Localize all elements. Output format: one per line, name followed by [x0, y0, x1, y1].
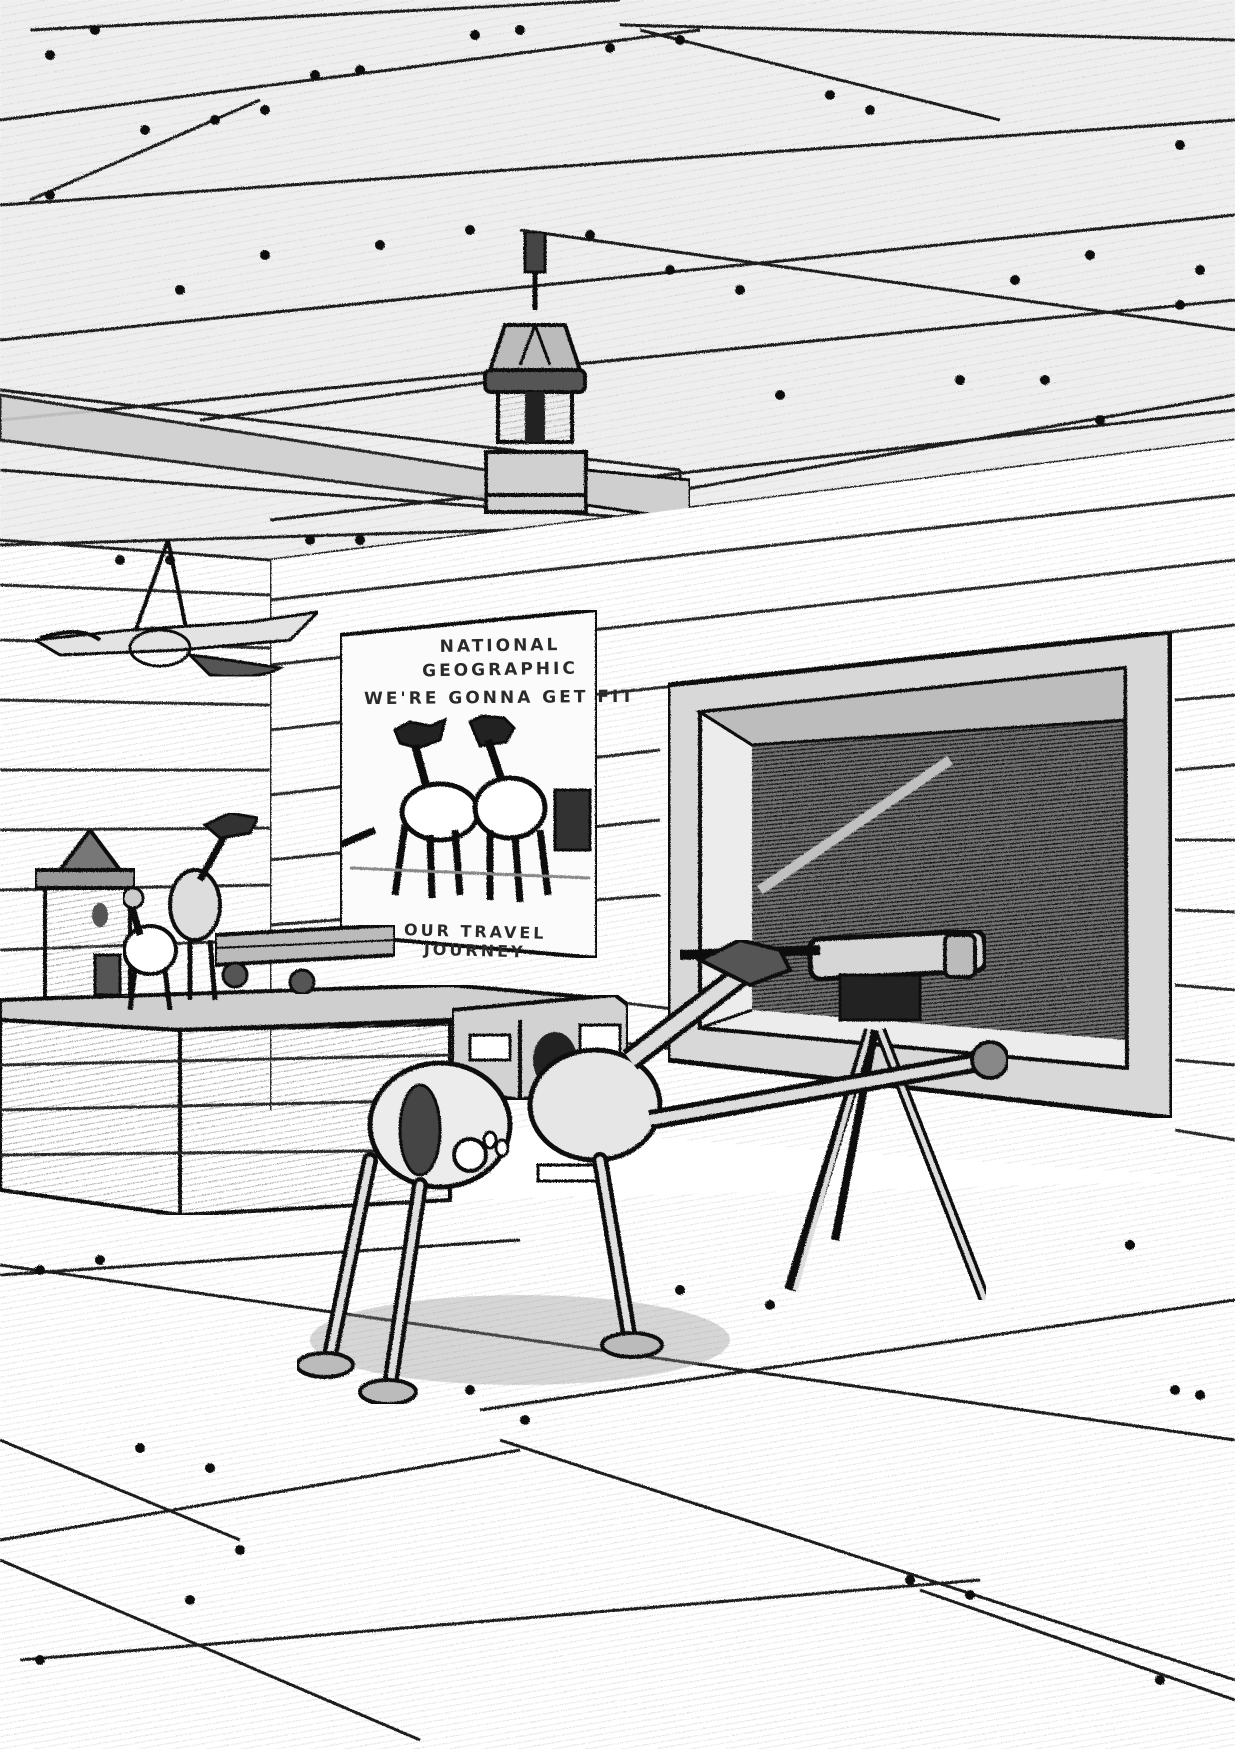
poster-caption: OUR TRAVEL JOURNEY	[350, 919, 601, 964]
window	[668, 632, 1172, 1118]
attic-drawing	[0, 0, 1235, 1749]
poster-title-line1: NATIONAL	[380, 634, 620, 658]
poster-tagline: WE'RE GONNA GET FIT	[350, 687, 650, 710]
